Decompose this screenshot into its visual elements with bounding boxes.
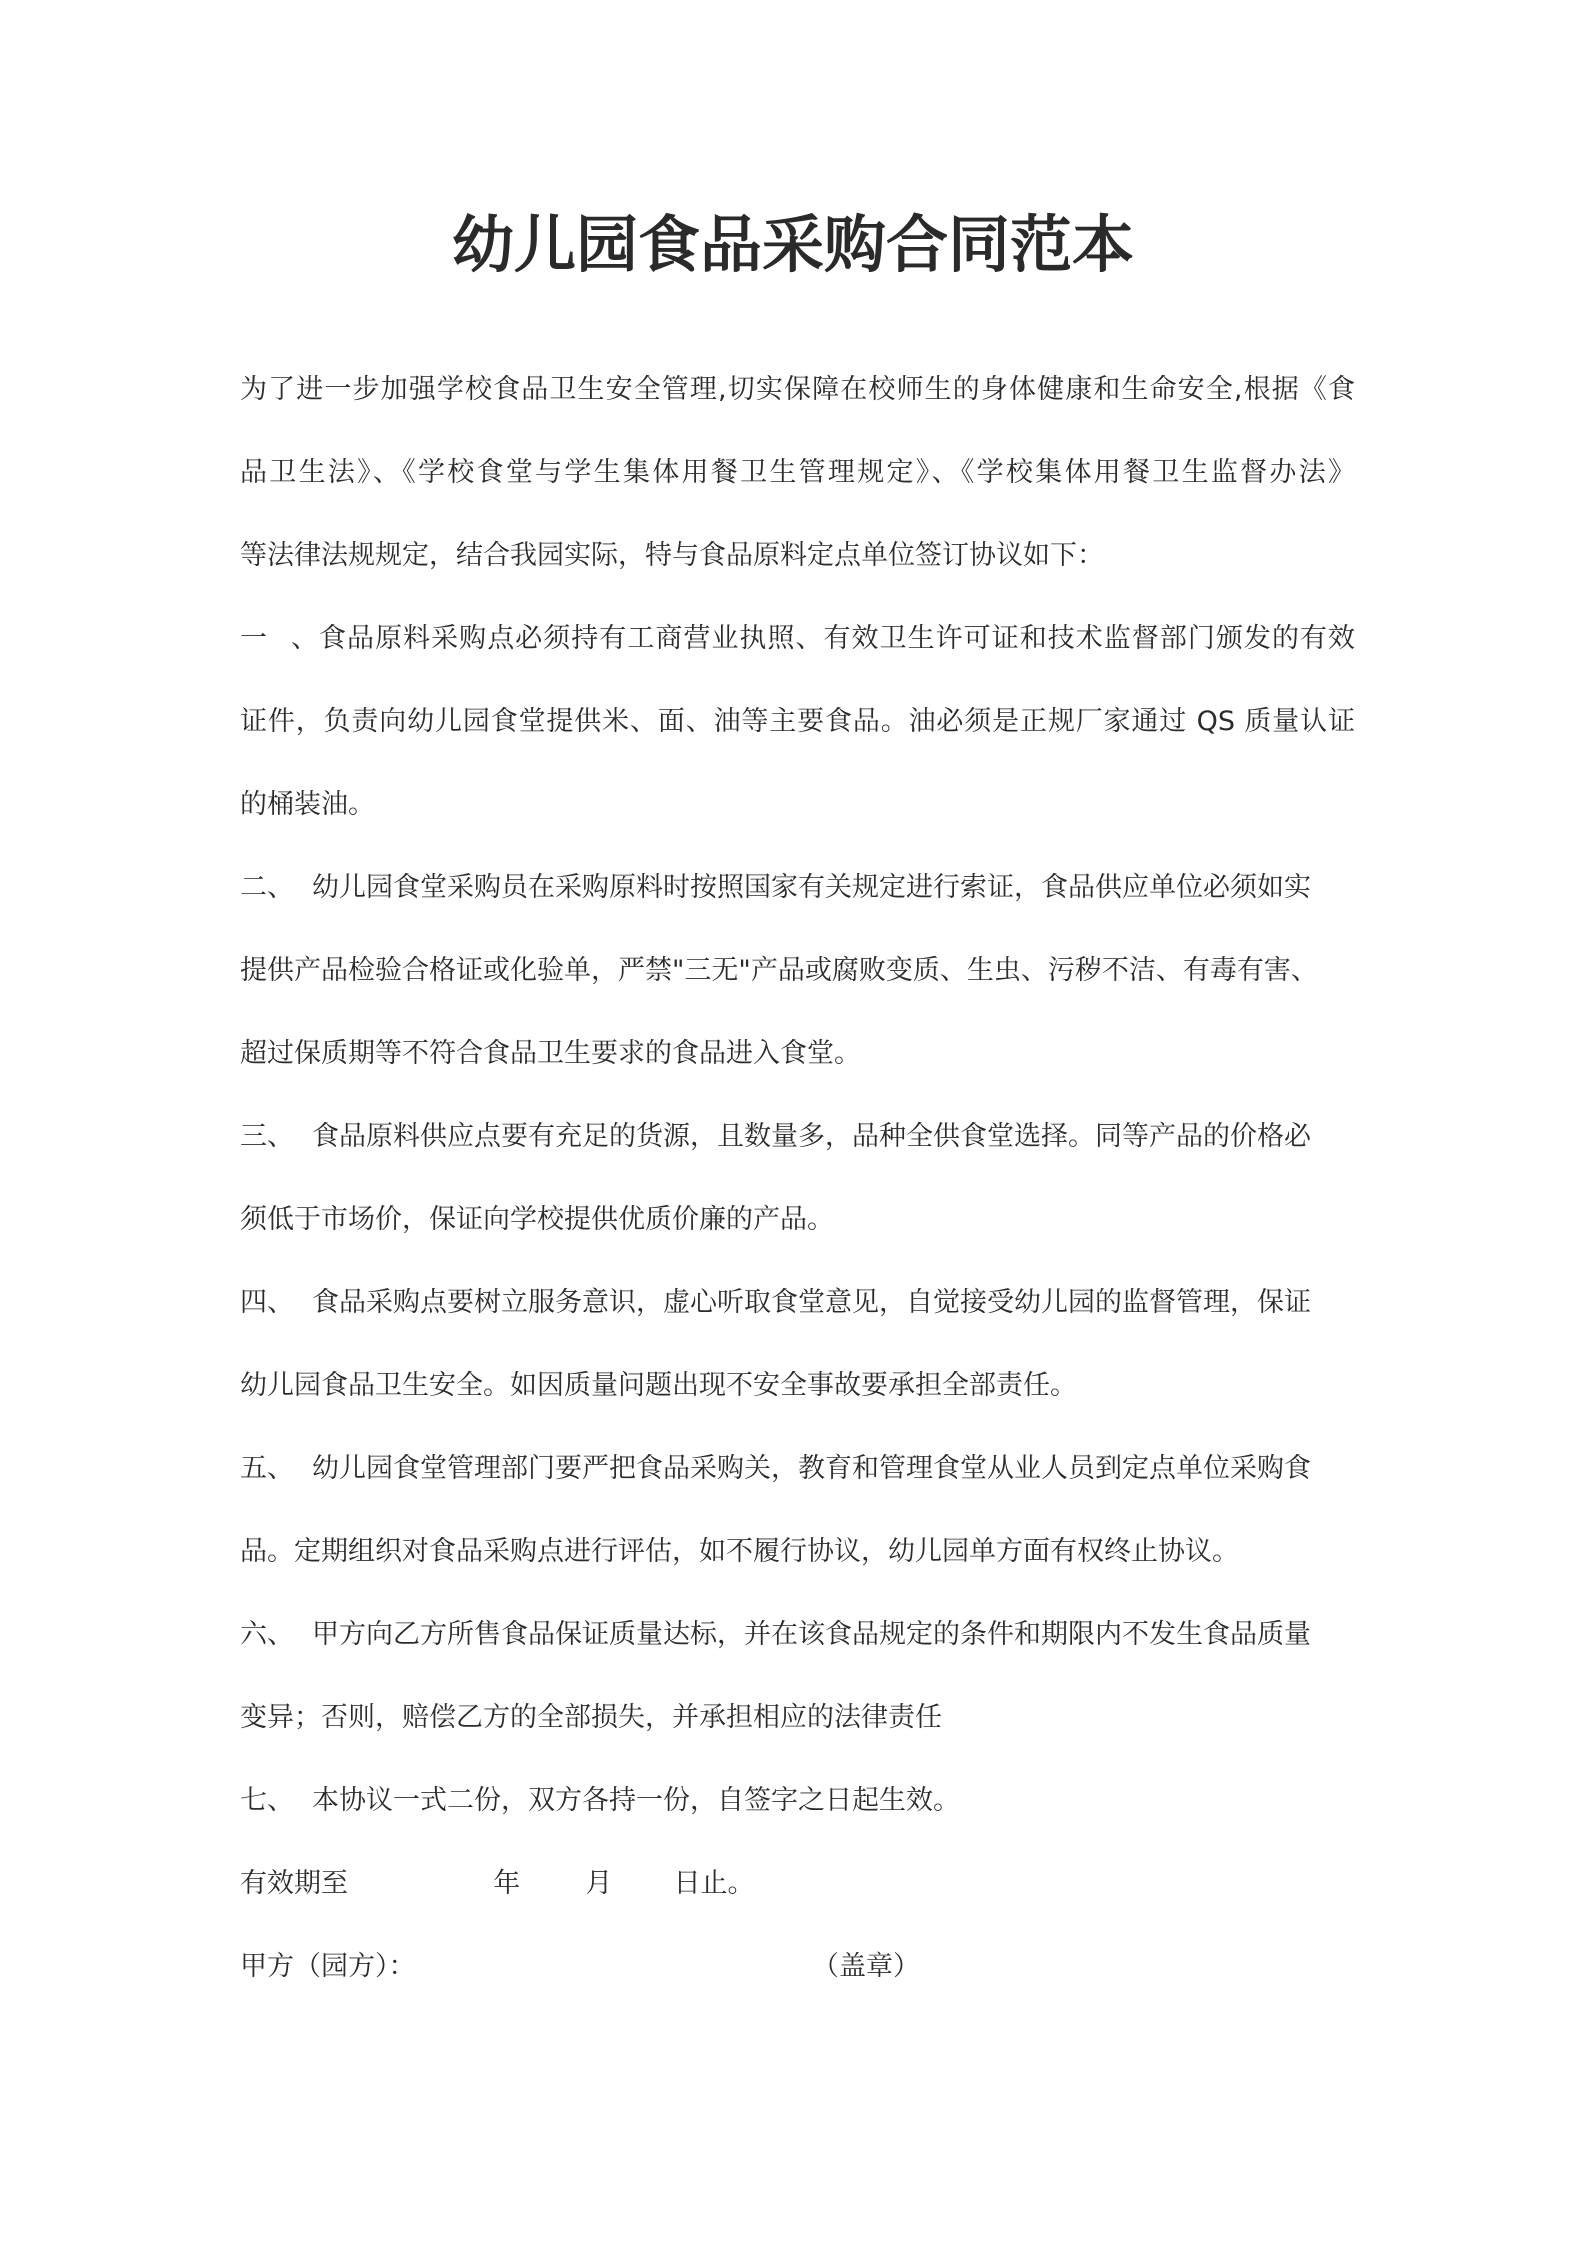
clause-1-first-line: 一 、食品原料采购点必须持有工商营业执照、有效卫生许可证和技术监督部门颁发的有效 xyxy=(240,619,1355,659)
clause-2-line-2: 提供产品检验合格证或化验单，严禁"三无"产品或腐败变质、生虫、污秽不洁、有毒有害… xyxy=(240,951,1355,991)
clause-5-first-line: 五、幼儿园食堂管理部门要严把食品采购关，教育和管理食堂从业人员到定点单位采购食 xyxy=(240,1449,1355,1489)
clause-6-first-line: 六、甲方向乙方所售食品保证质量达标，并在该食品规定的条件和期限内不发生食品质量 xyxy=(240,1615,1355,1655)
document-title: 幼儿园食品采购合同范本 xyxy=(0,205,1586,285)
clause-4-number: 四、 xyxy=(240,1283,312,1323)
intro-line-2: 品卫生法》、《学校食堂与学生集体用餐卫生管理规定》、《学校集体用餐卫生监督办法》 xyxy=(240,453,1355,493)
clause-4-first-line: 四、食品采购点要树立服务意识，虚心听取食堂意见，自觉接受幼儿园的监督管理，保证 xyxy=(240,1283,1355,1323)
clause-2-line-3: 超过保质期等不符合食品卫生要求的食品进入食堂。 xyxy=(240,1034,1355,1074)
clause-7-text: 本协议一式二份，双方各持一份，自签字之日起生效。 xyxy=(312,1785,960,1816)
clause-2-first-line: 二、幼儿园食堂采购员在采购原料时按照国家有关规定进行索证，食品供应单位必须如实 xyxy=(240,868,1355,908)
clause-1-text: 食品原料采购点必须持有工商营业执照、有效卫生许可证和技术监督部门颁发的有效 xyxy=(318,623,1355,654)
clause-6-number: 六、 xyxy=(240,1615,312,1655)
validity-day: 日止。 xyxy=(674,1868,755,1899)
clause-6-line-2: 变异；否则，赔偿乙方的全部损失，并承担相应的法律责任 xyxy=(240,1698,1355,1738)
intro-line-3: 等法律法规规定，结合我园实际，特与食品原料定点单位签订协议如下： xyxy=(240,536,1355,576)
signature-line: 甲方（园方）： （盖章） xyxy=(240,1947,1355,1987)
clause-2-number: 二、 xyxy=(240,868,312,908)
document-page: 幼儿园食品采购合同范本 为了进一步加强学校食品卫生安全管理,切实保障在校师生的身… xyxy=(0,0,1586,2244)
clause-3-number: 三、 xyxy=(240,1117,312,1157)
seal-label: （盖章） xyxy=(812,1947,920,1987)
clause-3-text: 食品原料供应点要有充足的货源，且数量多，品种全供食堂选择。同等产品的价格必 xyxy=(312,1121,1311,1152)
validity-label: 有效期至 xyxy=(240,1868,348,1899)
clause-5-text: 幼儿园食堂管理部门要严把食品采购关，教育和管理食堂从业人员到定点单位采购食 xyxy=(312,1453,1311,1484)
validity-month: 月 xyxy=(585,1868,612,1899)
clause-7-first-line: 七、本协议一式二份，双方各持一份，自签字之日起生效。 xyxy=(240,1781,1355,1821)
clause-3-line-2: 须低于市场价，保证向学校提供优质价廉的产品。 xyxy=(240,1200,1355,1240)
clause-7-number: 七、 xyxy=(240,1781,312,1821)
clause-5-line-2: 品。定期组织对食品采购点进行评估，如不履行协议，幼儿园单方面有权终止协议。 xyxy=(240,1532,1355,1572)
clause-1-number: 一 、 xyxy=(240,619,318,659)
clause-6-text: 甲方向乙方所售食品保证质量达标，并在该食品规定的条件和期限内不发生食品质量 xyxy=(312,1619,1311,1650)
clause-4-text: 食品采购点要树立服务意识，虚心听取食堂意见，自觉接受幼儿园的监督管理，保证 xyxy=(312,1287,1311,1318)
clause-1-line-3: 的桶装油。 xyxy=(240,785,1355,825)
validity-year: 年 xyxy=(493,1868,520,1899)
clause-3-first-line: 三、食品原料供应点要有充足的货源，且数量多，品种全供食堂选择。同等产品的价格必 xyxy=(240,1117,1355,1157)
validity-line: 有效期至 年 月 日止。 xyxy=(240,1864,1355,1904)
clause-4-line-2: 幼儿园食品卫生安全。如因质量问题出现不安全事故要承担全部责任。 xyxy=(240,1366,1355,1406)
clause-5-number: 五、 xyxy=(240,1449,312,1489)
clause-1-line-2: 证件，负责向幼儿园食堂提供米、面、油等主要食品。油必须是正规厂家通过 QS 质量… xyxy=(240,702,1355,742)
party-a-label: 甲方（园方）： xyxy=(240,1951,416,1982)
intro-line-1: 为了进一步加强学校食品卫生安全管理,切实保障在校师生的身体健康和生命安全,根据《… xyxy=(240,370,1355,410)
clause-2-text: 幼儿园食堂采购员在采购原料时按照国家有关规定进行索证，食品供应单位必须如实 xyxy=(312,872,1311,903)
